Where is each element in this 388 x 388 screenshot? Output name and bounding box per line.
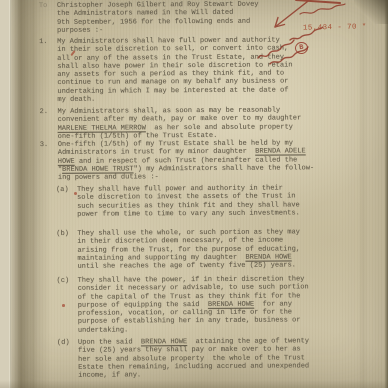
paragraph-b: (b)They shall use the whole, or such por… (56, 228, 300, 271)
typewritten-text-block: ToChristopher Joseph Gilbert and Roy Ste… (0, 0, 388, 388)
paragraph-marker: 1. (39, 38, 47, 46)
paragraph-marker: 2. (39, 108, 47, 116)
paragraph-text: My Administrators shall, as soon as may … (39, 106, 301, 141)
paragraph-text: Upon the said BRENDA HOWE attaining the … (57, 337, 309, 380)
paragraph-3: 3.One-fifth (1/5th) of my Trust Estate s… (40, 139, 315, 182)
paragraph-marker: To (39, 2, 47, 10)
paragraph-1: 1.My Administrators shall have full powe… (39, 36, 293, 104)
paragraph-marker: (a) (56, 186, 69, 194)
paragraph-text: One-fifth (1/5th) of my Trust Estate sha… (40, 139, 315, 182)
red-ink-mark (62, 304, 65, 307)
paragraph-marker: (d) (57, 339, 70, 347)
paragraph-2: 2.My Administrators shall, as soon as ma… (39, 106, 301, 141)
paragraph-marker: 3. (40, 141, 48, 149)
file-number-annotation: 15,434 - 70 * (303, 23, 367, 32)
paragraph-marker: (c) (57, 277, 70, 285)
paragraph-marker: (b) (56, 230, 69, 238)
paragraph-text: They shall use the whole, or such portio… (56, 228, 300, 271)
paragraph-text: My Administrators shall have full power … (39, 36, 293, 104)
paragraph-text: Christopher Joseph Gilbert and Roy Stewa… (39, 1, 259, 36)
paragraph-text: They shall have full power and authority… (56, 184, 300, 219)
red-ink-mark (74, 192, 77, 195)
paragraph-a: (a)They shall have full power and author… (56, 184, 300, 219)
paragraph-To: ToChristopher Joseph Gilbert and Roy Ste… (39, 1, 259, 36)
paragraph-c: (c)They shall have the power, if in thei… (57, 275, 309, 335)
paragraph-text: They shall have the power, if in their d… (57, 275, 309, 335)
document-photo: ToChristopher Joseph Gilbert and Roy Ste… (0, 0, 388, 388)
paragraph-d: (d)Upon the said BRENDA HOWE attaining t… (57, 337, 309, 380)
